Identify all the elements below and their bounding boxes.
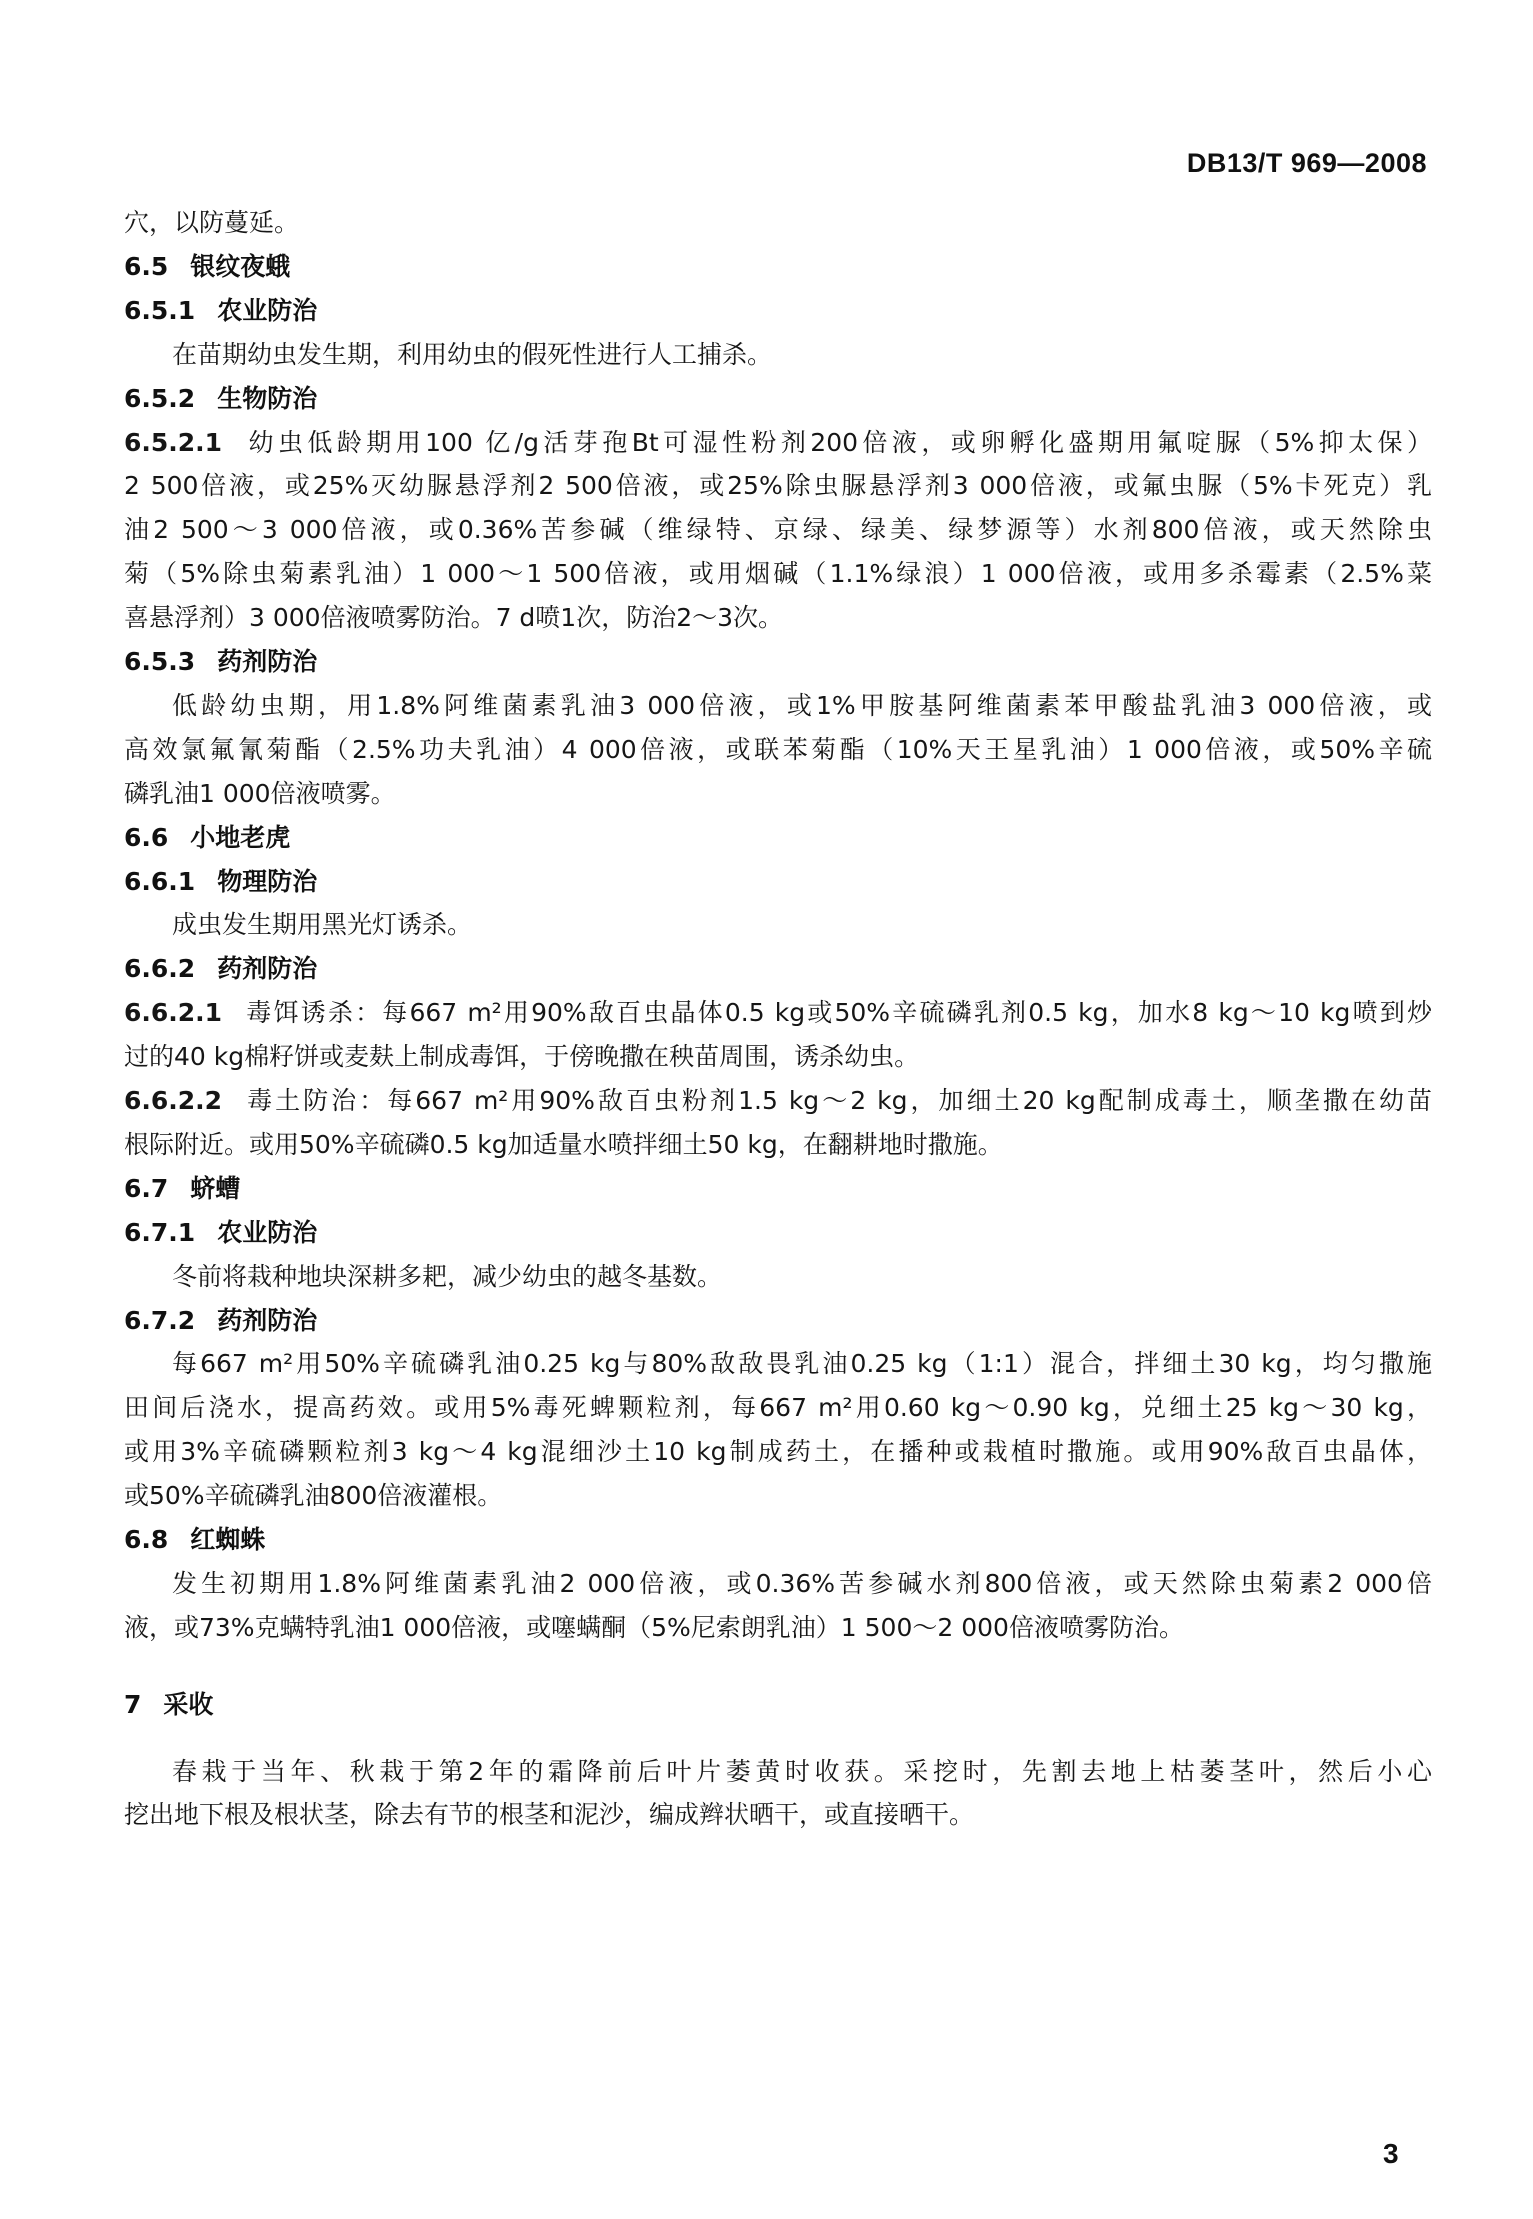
paragraph-line: 磷乳油1 000倍液喷雾。	[124, 779, 1432, 809]
section-number: 6.5	[124, 252, 168, 282]
paragraph-line: 在苗期幼虫发生期，利用幼虫的假死性进行人工捕杀。	[172, 340, 1432, 370]
paragraph-line: 冬前将栽种地块深耕多耙，减少幼虫的越冬基数。	[172, 1262, 1432, 1292]
clause-number: 6.5.2.1	[124, 428, 222, 458]
section-number: 6.5.3	[124, 647, 195, 677]
clause-number: 6.6.2.2	[124, 1086, 222, 1116]
section-number: 6.6.1	[124, 867, 195, 897]
paragraph-line: 或50%辛硫磷乳油800倍液灌根。	[124, 1481, 1432, 1511]
section-number: 6.7.1	[124, 1218, 195, 1248]
document-code-header: DB13/T 969—2008	[1187, 148, 1427, 179]
paragraph-line: 或用3%辛硫磷颗粒剂3 kg～4 kg混细沙土10 kg制成药土，在播种或栽植时…	[124, 1437, 1432, 1467]
chapter-7-paragraph-line-1: 春栽于当年、秋栽于第2年的霜降前后叶片萎黄时收获。采挖时，先割去地上枯萎茎叶，然…	[172, 1757, 1432, 1787]
section-heading: 6.7.2药剂防治	[124, 1306, 1432, 1336]
section-heading: 6.5.3药剂防治	[124, 647, 1432, 677]
paragraph-line: 液，或73%克螨特乳油1 000倍液，或噻螨酮（5%尼索朗乳油）1 500～2 …	[124, 1613, 1432, 1643]
section-title: 药剂防治	[217, 954, 317, 983]
chapter-7-heading: 7采收	[124, 1690, 1432, 1720]
section-heading: 6.7.1农业防治	[124, 1218, 1432, 1248]
section-title: 药剂防治	[217, 647, 317, 676]
section-title: 生物防治	[217, 384, 317, 413]
section-title: 小地老虎	[190, 823, 290, 852]
section-heading: 6.5银纹夜蛾	[124, 252, 1432, 282]
section-number: 6.7	[124, 1174, 168, 1204]
section-heading: 6.6.2药剂防治	[124, 954, 1432, 984]
section-heading: 6.6.1物理防治	[124, 867, 1432, 897]
numbered-clause: 6.6.2.2毒土防治：每667 m²用90%敌百虫粉剂1.5 kg～2 kg，…	[124, 1086, 1432, 1116]
numbered-clause: 6.6.2.1毒饵诱杀：每667 m²用90%敌百虫晶体0.5 kg或50%辛硫…	[124, 998, 1432, 1028]
section-title: 物理防治	[217, 867, 317, 896]
section-heading: 6.5.1农业防治	[124, 296, 1432, 326]
chapter-number: 7	[124, 1690, 141, 1720]
section-heading: 6.6小地老虎	[124, 823, 1432, 853]
section-title: 蛴螬	[190, 1174, 240, 1203]
paragraph-line: 发生初期用1.8%阿维菌素乳油2 000倍液，或0.36%苦参碱水剂800倍液，…	[172, 1569, 1432, 1599]
paragraph-line: 喜悬浮剂）3 000倍液喷雾防治。7 d喷1次，防治2～3次。	[124, 603, 1432, 633]
clause-text: 毒土防治：每667 m²用90%敌百虫粉剂1.5 kg～2 kg，加细土20 k…	[244, 1086, 1432, 1115]
paragraph-line: 每667 m²用50%辛硫磷乳油0.25 kg与80%敌敌畏乳油0.25 kg（…	[172, 1349, 1432, 1379]
section-number: 6.6.2	[124, 954, 195, 984]
paragraph-line: 2 500倍液，或25%灭幼脲悬浮剂2 500倍液，或25%除虫脲悬浮剂3 00…	[124, 471, 1432, 501]
numbered-clause: 6.5.2.1幼虫低龄期用100 亿/g活芽孢Bt可湿性粉剂200倍液，或卵孵化…	[124, 428, 1432, 458]
section-title: 银纹夜蛾	[190, 252, 290, 281]
clause-text: 毒饵诱杀：每667 m²用90%敌百虫晶体0.5 kg或50%辛硫磷乳剂0.5 …	[244, 998, 1432, 1027]
section-number: 6.6	[124, 823, 168, 853]
section-number: 6.5.2	[124, 384, 195, 414]
section-title: 红蜘蛛	[190, 1525, 265, 1554]
page-number: 3	[1383, 2138, 1399, 2170]
section-number: 6.8	[124, 1525, 168, 1555]
section-number: 6.7.2	[124, 1306, 195, 1336]
paragraph-line: 过的40 kg棉籽饼或麦麸上制成毒饵，于傍晚撒在秧苗周围，诱杀幼虫。	[124, 1042, 1432, 1072]
chapter-7-paragraph-line-2: 挖出地下根及根状茎，除去有节的根茎和泥沙，编成辫状晒干，或直接晒干。	[124, 1800, 1432, 1830]
paragraph-line: 菊（5%除虫菊素乳油）1 000～1 500倍液，或用烟碱（1.1%绿浪）1 0…	[124, 559, 1432, 589]
document-page: DB13/T 969—2008 穴，以防蔓延。6.5银纹夜蛾6.5.1农业防治在…	[0, 0, 1533, 2219]
paragraph-line: 低龄幼虫期，用1.8%阿维菌素乳油3 000倍液，或1%甲胺基阿维菌素苯甲酸盐乳…	[172, 691, 1432, 721]
section-heading: 6.8红蜘蛛	[124, 1525, 1432, 1555]
clause-text: 幼虫低龄期用100 亿/g活芽孢Bt可湿性粉剂200倍液，或卵孵化盛期用氟啶脲（…	[244, 428, 1432, 457]
section-title: 农业防治	[217, 1218, 317, 1247]
paragraph-line: 穴，以防蔓延。	[124, 208, 1432, 238]
paragraph-line: 高效氯氟氰菊酯（2.5%功夫乳油）4 000倍液，或联苯菊酯（10%天王星乳油）…	[124, 735, 1432, 765]
paragraph-line: 成虫发生期用黑光灯诱杀。	[172, 910, 1432, 940]
paragraph-line: 油2 500～3 000倍液，或0.36%苦参碱（维绿特、京绿、绿美、绿梦源等）…	[124, 515, 1432, 545]
section-number: 6.5.1	[124, 296, 195, 326]
clause-number: 6.6.2.1	[124, 998, 222, 1028]
section-title: 农业防治	[217, 296, 317, 325]
section-title: 药剂防治	[217, 1306, 317, 1335]
paragraph-line: 田间后浇水，提高药效。或用5%毒死蜱颗粒剂，每667 m²用0.60 kg～0.…	[124, 1393, 1432, 1423]
chapter-title: 采收	[163, 1690, 213, 1719]
paragraph-line: 根际附近。或用50%辛硫磷0.5 kg加适量水喷拌细土50 kg，在翻耕地时撒施…	[124, 1130, 1432, 1160]
section-heading: 6.7蛴螬	[124, 1174, 1432, 1204]
section-heading: 6.5.2生物防治	[124, 384, 1432, 414]
